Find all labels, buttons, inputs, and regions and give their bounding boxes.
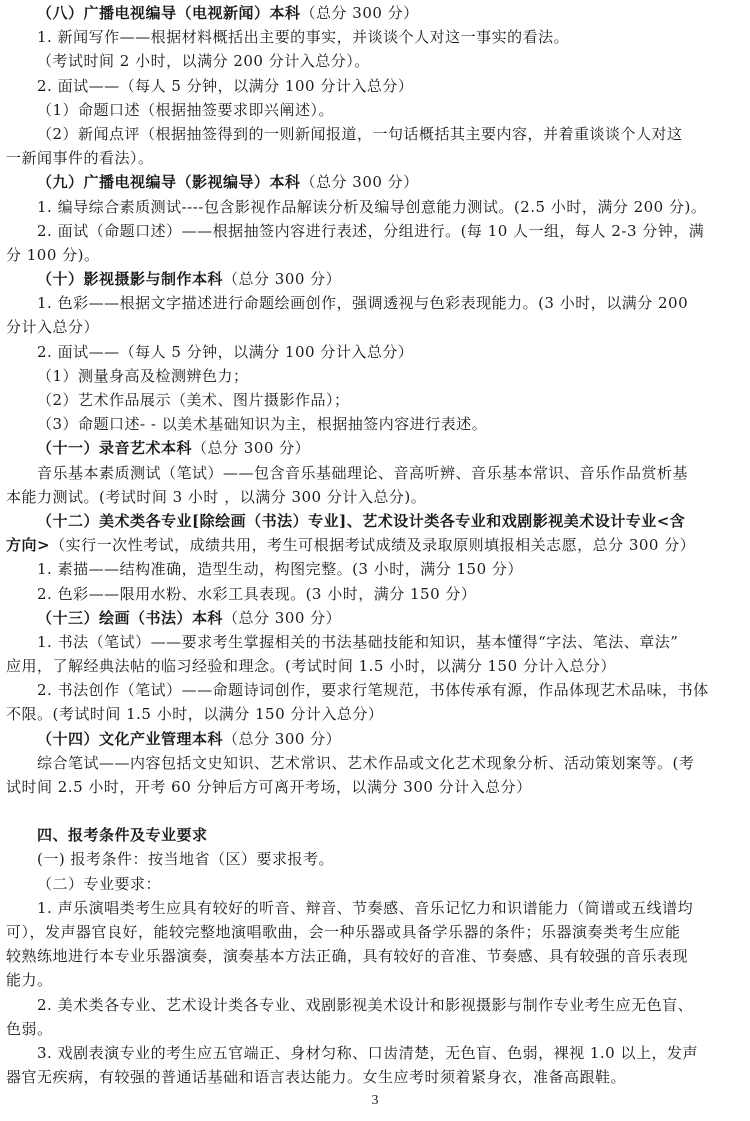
paragraph-line: （2）新闻点评（根据抽签得到的一则新闻报道，一句话概括其主要内容，并着重谈谈个人… [6, 122, 746, 146]
paragraph-line: （2）艺术作品展示（美术、图片摄影作品）； [6, 388, 746, 412]
paragraph-line: （3）命题口述- - 以美术基础知识为主，根据抽签内容进行表述。 [6, 412, 746, 436]
paragraph-line: (一) 报考条件：按当地省（区）要求报考。 [6, 847, 746, 871]
paragraph-line: 一新闻事件的看法）。 [6, 146, 746, 170]
paragraph-line: （1）命题口述（根据抽签要求即兴阐述）。 [6, 98, 746, 122]
paragraph-line: 2. 面试——（每人 5 分钟，以满分 100 分计入总分） [6, 340, 746, 364]
paragraph-line: 1. 素描——结构准确，造型生动，构图完整。(3 小时，满分 150 分） [6, 557, 746, 581]
paragraph-line: （二）专业要求： [6, 872, 746, 896]
section-heading-14: （十四）文化产业管理本科（总分 300 分） [6, 727, 746, 751]
page-number: 3 [0, 1093, 750, 1109]
section-heading-11: （十一）录音艺术本科（总分 300 分） [6, 436, 746, 460]
paragraph-line: 试时间 2.5 小时，开考 60 分钟后方可离开考场，以满分 300 分计入总分… [6, 775, 746, 799]
section-heading-13: （十三）绘画（书法）本科（总分 300 分） [6, 606, 746, 630]
section-heading-9: （九）广播电视编导（影视编导）本科（总分 300 分） [6, 170, 746, 194]
paragraph-line: 1. 声乐演唱类考生应具有较好的听音、辩音、节奏感、音乐记忆力和识谱能力（简谱或… [6, 896, 746, 920]
paragraph-line: 音乐基本素质测试（笔试）——包含音乐基础理论、音高听辨、音乐基本常识、音乐作品赏… [6, 461, 746, 485]
paragraph-line: 2. 色彩——限用水粉、水彩工具表现。(3 小时，满分 150 分） [6, 582, 746, 606]
document-page: （八）广播电视编导（电视新闻）本科（总分 300 分） 1. 新闻写作——根据材… [6, 1, 746, 1089]
paragraph-line: 分 100 分)。 [6, 243, 746, 267]
section-heading-8: （八）广播电视编导（电视新闻）本科（总分 300 分） [6, 1, 746, 25]
paragraph-line: 较熟练地进行本专业乐器演奏，演奏基本方法正确，具有较好的音准、节奏感、具有较强的… [6, 944, 746, 968]
paragraph-line: 1. 书法（笔试）——要求考生掌握相关的书法基础技能和知识，基本懂得“字法、笔法… [6, 630, 746, 654]
paragraph-line: 2. 面试——（每人 5 分钟，以满分 100 分计入总分） [6, 74, 746, 98]
paragraph-line: 应用，了解经典法帖的临习经验和理念。(考试时间 1.5 小时，以满分 150 分… [6, 654, 746, 678]
spacer [6, 799, 746, 823]
paragraph-line: 1. 编导综合素质测试----包含影视作品解读分析及编导创意能力测试。(2.5 … [6, 195, 746, 219]
paragraph-line: 2. 面试（命题口述）——根据抽签内容进行表述，分组进行。(每 10 人一组，每… [6, 219, 746, 243]
paragraph-line: 2. 美术类各专业、艺术设计类各专业、戏剧影视美术设计和影视摄影与制作专业考生应… [6, 993, 746, 1017]
paragraph-line: 1. 新闻写作——根据材料概括出主要的事实，并谈谈个人对这一事实的看法。 [6, 25, 746, 49]
paragraph-line: 器官无疾病，有较强的普通话基础和语言表达能力。女生应考时须着紧身衣，准备高跟鞋。 [6, 1065, 746, 1089]
paragraph-line: 3. 戏剧表演专业的考生应五官端正、身材匀称、口齿清楚，无色盲、色弱，裸视 1.… [6, 1041, 746, 1065]
paragraph-line: 1. 色彩——根据文字描述进行命题绘画创作，强调透视与色彩表现能力。(3 小时，… [6, 291, 746, 315]
paragraph-line: 综合笔试——内容包括文史知识、艺术常识、艺术作品或文化艺术现象分析、活动策划案等… [6, 751, 746, 775]
section-heading-12-cont: 方向>（实行一次性考试，成绩共用，考生可根据考试成绩及录取原则填报相关志愿，总分… [6, 533, 746, 557]
part4-heading: 四、报考条件及专业要求 [6, 823, 746, 847]
paragraph-line: 本能力测试。(考试时间 3 小时 ，以满分 300 分计入总分)。 [6, 485, 746, 509]
section-heading-12: （十二）美术类各专业[除绘画（书法）专业]、艺术设计类各专业和戏剧影视美术设计专… [6, 509, 746, 533]
paragraph-line: 可），发声器官良好，能较完整地演唱歌曲，会一种乐器或具备学乐器的条件；乐器演奏类… [6, 920, 746, 944]
paragraph-line: （考试时间 2 小时，以满分 200 分计入总分）。 [6, 49, 746, 73]
paragraph-line: （1）测量身高及检测辨色力； [6, 364, 746, 388]
section-heading-10: （十）影视摄影与制作本科（总分 300 分） [6, 267, 746, 291]
paragraph-line: 2. 书法创作（笔试）——命题诗词创作，要求行笔规范，书体传承有源，作品体现艺术… [6, 678, 746, 702]
paragraph-line: 色弱。 [6, 1017, 746, 1041]
paragraph-line: 能力。 [6, 968, 746, 992]
paragraph-line: 分计入总分） [6, 315, 746, 339]
paragraph-line: 不限。(考试时间 1.5 小时，以满分 150 分计入总分） [6, 702, 746, 726]
